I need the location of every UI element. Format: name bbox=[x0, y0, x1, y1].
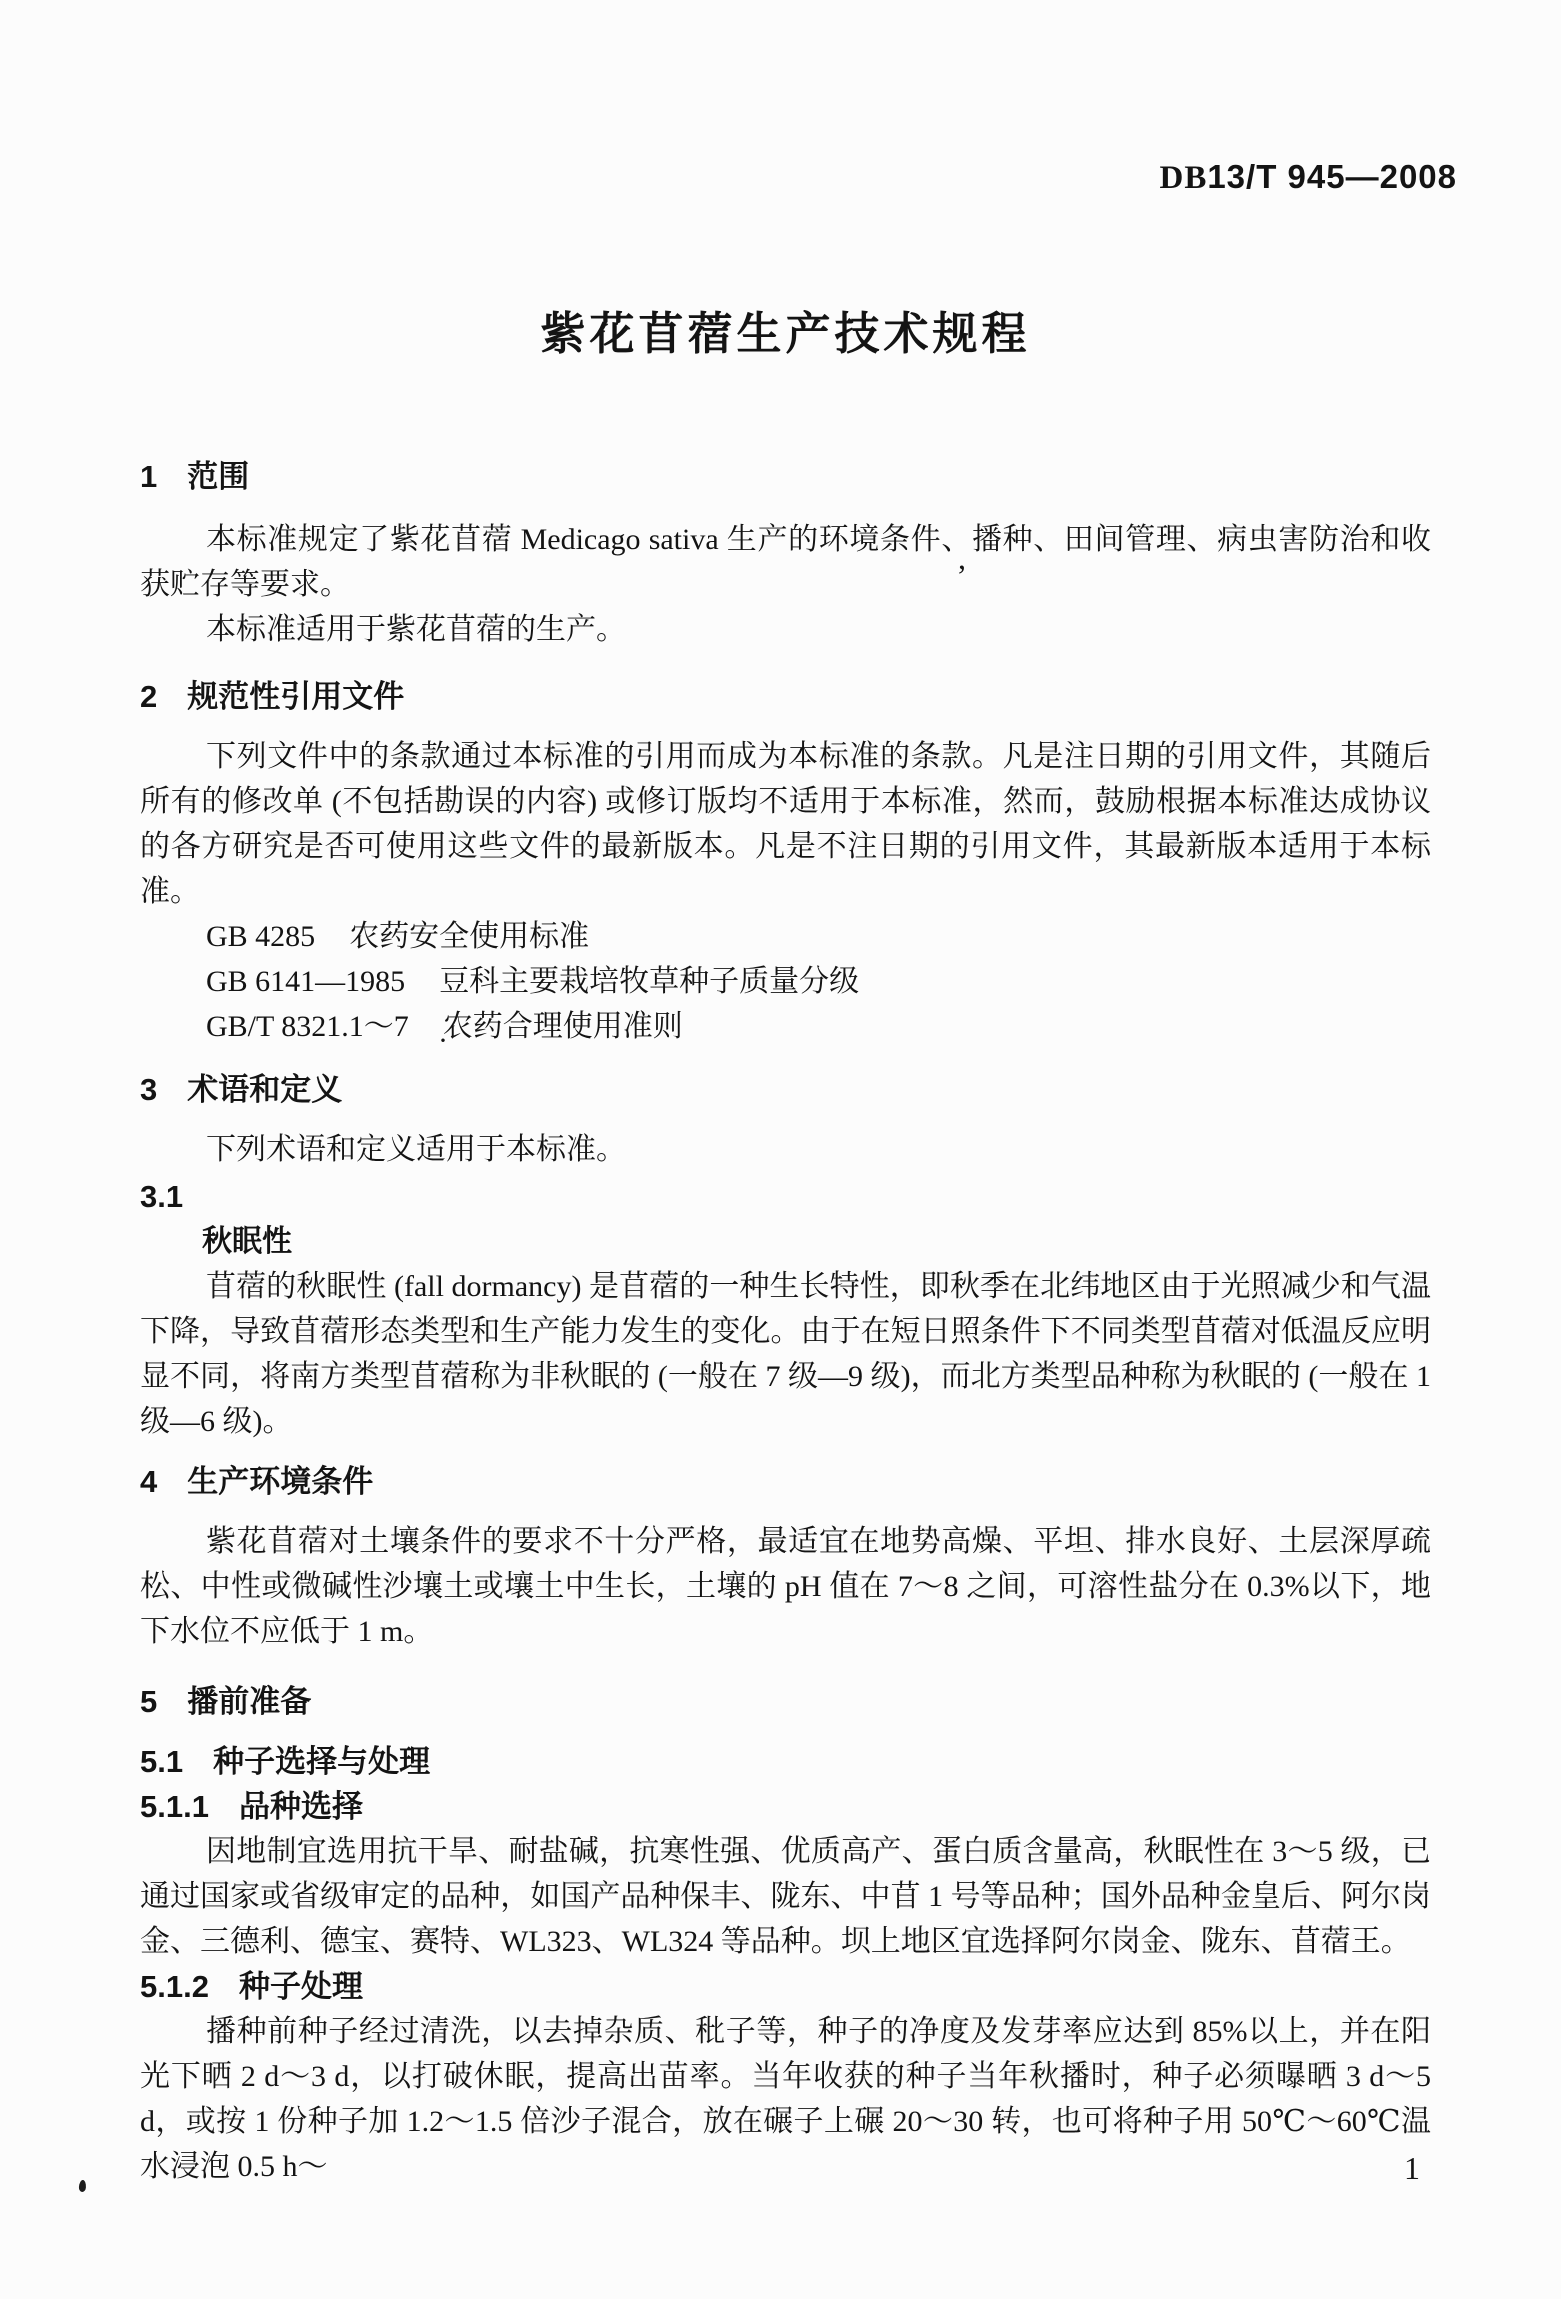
section-1-heading: 1范围 bbox=[140, 454, 1431, 499]
reference-code: GB/T 8321.1～7 bbox=[206, 1004, 409, 1049]
section-5-number: 5 bbox=[140, 1679, 157, 1724]
section-4-number: 4 bbox=[140, 1459, 157, 1504]
scan-artifact-dot: · bbox=[438, 1024, 448, 1058]
section-5-1-label: 种子选择与处理 bbox=[213, 1744, 430, 1779]
section-5-1-1-number: 5.1.1 bbox=[140, 1784, 209, 1829]
section-4-label: 生产环境条件 bbox=[187, 1464, 373, 1499]
section-1-number: 1 bbox=[140, 454, 157, 499]
section-5-1-1-heading: 5.1.1品种选择 bbox=[140, 1784, 1431, 1829]
section-3-number: 3 bbox=[140, 1067, 157, 1112]
section-5-1-heading: 5.1种子选择与处理 bbox=[140, 1739, 1431, 1784]
section-3-paragraph-1: 下列术语和定义适用于本标准。 bbox=[140, 1127, 1431, 1172]
page-content: 紫花苜蓿生产技术规程 1范围 本标准规定了紫花苜蓿 Medicago sativ… bbox=[140, 0, 1431, 2189]
section-1-paragraph-1: 本标准规定了紫花苜蓿 Medicago sativa 生产的环境条件、播种、田间… bbox=[140, 517, 1431, 607]
section-1-paragraph-2: 本标准适用于紫花苜蓿的生产。 bbox=[140, 607, 1431, 652]
clause-3-1-number: 3.1 bbox=[140, 1174, 1431, 1219]
page-number: 1 bbox=[1404, 2150, 1420, 2187]
section-5-1-2-label: 种子处理 bbox=[239, 1969, 363, 2004]
section-2-number: 2 bbox=[140, 674, 157, 719]
section-5-1-1-label: 品种选择 bbox=[239, 1789, 363, 1824]
section-2-paragraph-1: 下列文件中的条款通过本标准的引用而成为本标准的条款。凡是注日期的引用文件，其随后… bbox=[140, 734, 1431, 914]
section-1-label: 范围 bbox=[187, 459, 249, 494]
clause-3-1-number-text: 3.1 bbox=[140, 1179, 183, 1214]
section-2-label: 规范性引用文件 bbox=[187, 679, 404, 714]
section-5-1-1-paragraph: 因地制宜选用抗干旱、耐盐碱，抗寒性强、优质高产、蛋白质含量高，秋眠性在 3～5 … bbox=[140, 1829, 1431, 1964]
section-5-1-2-paragraph: 播种前种子经过清洗，以去掉杂质、秕子等，种子的净度及发芽率应达到 85%以上，并… bbox=[140, 2009, 1431, 2189]
section-3-label: 术语和定义 bbox=[187, 1072, 342, 1107]
section-3-heading: 3术语和定义 bbox=[140, 1067, 1431, 1112]
clause-3-1-paragraph: 苜蓿的秋眠性 (fall dormancy) 是苜蓿的一种生长特性，即秋季在北纬… bbox=[140, 1264, 1431, 1444]
section-5-1-number: 5.1 bbox=[140, 1739, 183, 1784]
reference-code: GB 6141—1985 bbox=[206, 959, 405, 1004]
reference-name: 农药安全使用标准 bbox=[349, 920, 589, 953]
section-5-label: 播前准备 bbox=[187, 1684, 311, 1719]
term-heading: 秋眠性 bbox=[140, 1219, 1431, 1264]
section-4-paragraph-1: 紫花苜蓿对土壤条件的要求不十分严格，最适宜在地势高燥、平坦、排水良好、土层深厚疏… bbox=[140, 1519, 1431, 1654]
section-5-1-2-number: 5.1.2 bbox=[140, 1964, 209, 2009]
section-5-heading: 5播前准备 bbox=[140, 1679, 1431, 1724]
scan-artifact-speck bbox=[79, 2180, 87, 2192]
reference-code: GB 4285 bbox=[206, 914, 315, 959]
document-title: 紫花苜蓿生产技术规程 bbox=[140, 303, 1431, 365]
reference-item: GB/T 8321.1～7农药合理使用准则 bbox=[140, 1004, 1431, 1049]
scan-artifact-comma: , bbox=[958, 540, 966, 577]
document-page: DB13/T 945—2008 紫花苜蓿生产技术规程 1范围 本标准规定了紫花苜… bbox=[0, 0, 1561, 2299]
section-4-heading: 4生产环境条件 bbox=[140, 1459, 1431, 1504]
reference-item: GB 4285农药安全使用标准 bbox=[140, 914, 1431, 959]
reference-name: 农药合理使用准则 bbox=[443, 1010, 683, 1043]
section-2-heading: 2规范性引用文件 bbox=[140, 674, 1431, 719]
section-5-1-2-heading: 5.1.2种子处理 bbox=[140, 1964, 1431, 2009]
reference-name: 豆科主要栽培牧草种子质量分级 bbox=[439, 965, 859, 998]
reference-item: GB 6141—1985豆科主要栽培牧草种子质量分级 bbox=[140, 959, 1431, 1004]
